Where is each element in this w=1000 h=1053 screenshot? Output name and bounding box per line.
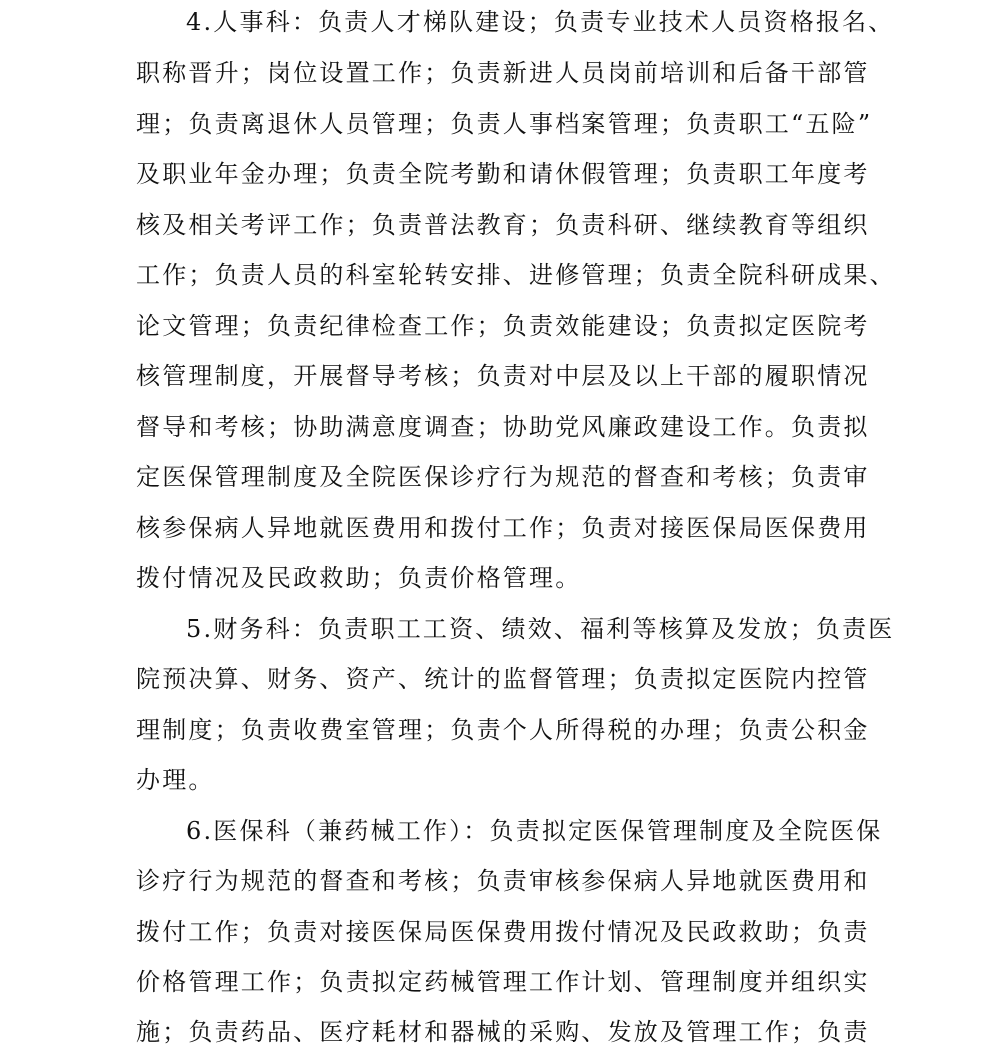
paragraph-line: 及职业年金办理；负责全院考勤和请休假管理；负责职工年度考 [136,149,870,199]
paragraph-line: 拨付工作；负责对接医保局医保费用拨付情况及民政救助；负责 [136,907,870,957]
paragraph-line: 价格管理工作；负责拟定药械管理工作计划、管理制度并组织实 [136,957,870,1007]
paragraph-line: 理制度；负责收费室管理；负责个人所得税的办理；负责公积金 [136,705,870,755]
paragraph-first-line: 4.人事科：负责人才梯队建设；负责专业技术人员资格报名、 [186,0,895,47]
paragraph-line: 核管理制度，开展督导考核；负责对中层及以上干部的履职情况 [136,351,870,401]
paragraph-line: 施；负责药品、医疗耗材和器械的采购、发放及管理工作；负责 [136,1007,870,1053]
paragraph-line: 拨付情况及民政救助；负责价格管理。 [136,553,581,603]
paragraph-line: 诊疗行为规范的督查和考核；负责审核参保病人异地就医费用和 [136,856,870,906]
paragraph-line: 院预决算、财务、资产、统计的监督管理；负责拟定医院内控管 [136,654,870,704]
paragraph-line: 核参保病人异地就医费用和拨付工作；负责对接医保局医保费用 [136,503,870,553]
paragraph-line: 定医保管理制度及全院医保诊疗行为规范的督查和考核；负责审 [136,452,870,502]
paragraph-line: 办理。 [136,755,215,805]
paragraph-line: 职称晋升；岗位设置工作；负责新进人员岗前培训和后备干部管 [136,48,870,98]
paragraph-first-line: 6.医保科（兼药械工作）：负责拟定医保管理制度及全院医保 [186,806,883,856]
paragraph-line: 核及相关考评工作；负责普法教育；负责科研、继续教育等组织 [136,200,870,250]
paragraph-line: 工作；负责人员的科室轮转安排、进修管理；负责全院科研成果、 [136,250,896,300]
paragraph-line: 理；负责离退休人员管理；负责人事档案管理；负责职工“五险” [136,99,872,149]
paragraph-line: 论文管理；负责纪律检查工作；负责效能建设；负责拟定医院考 [136,301,870,351]
paragraph-first-line: 5.财务科：负责职工工资、绩效、福利等核算及发放；负责医 [186,604,895,654]
paragraph-line: 督导和考核；协助满意度调查；协助党风廉政建设工作。负责拟 [136,402,870,452]
